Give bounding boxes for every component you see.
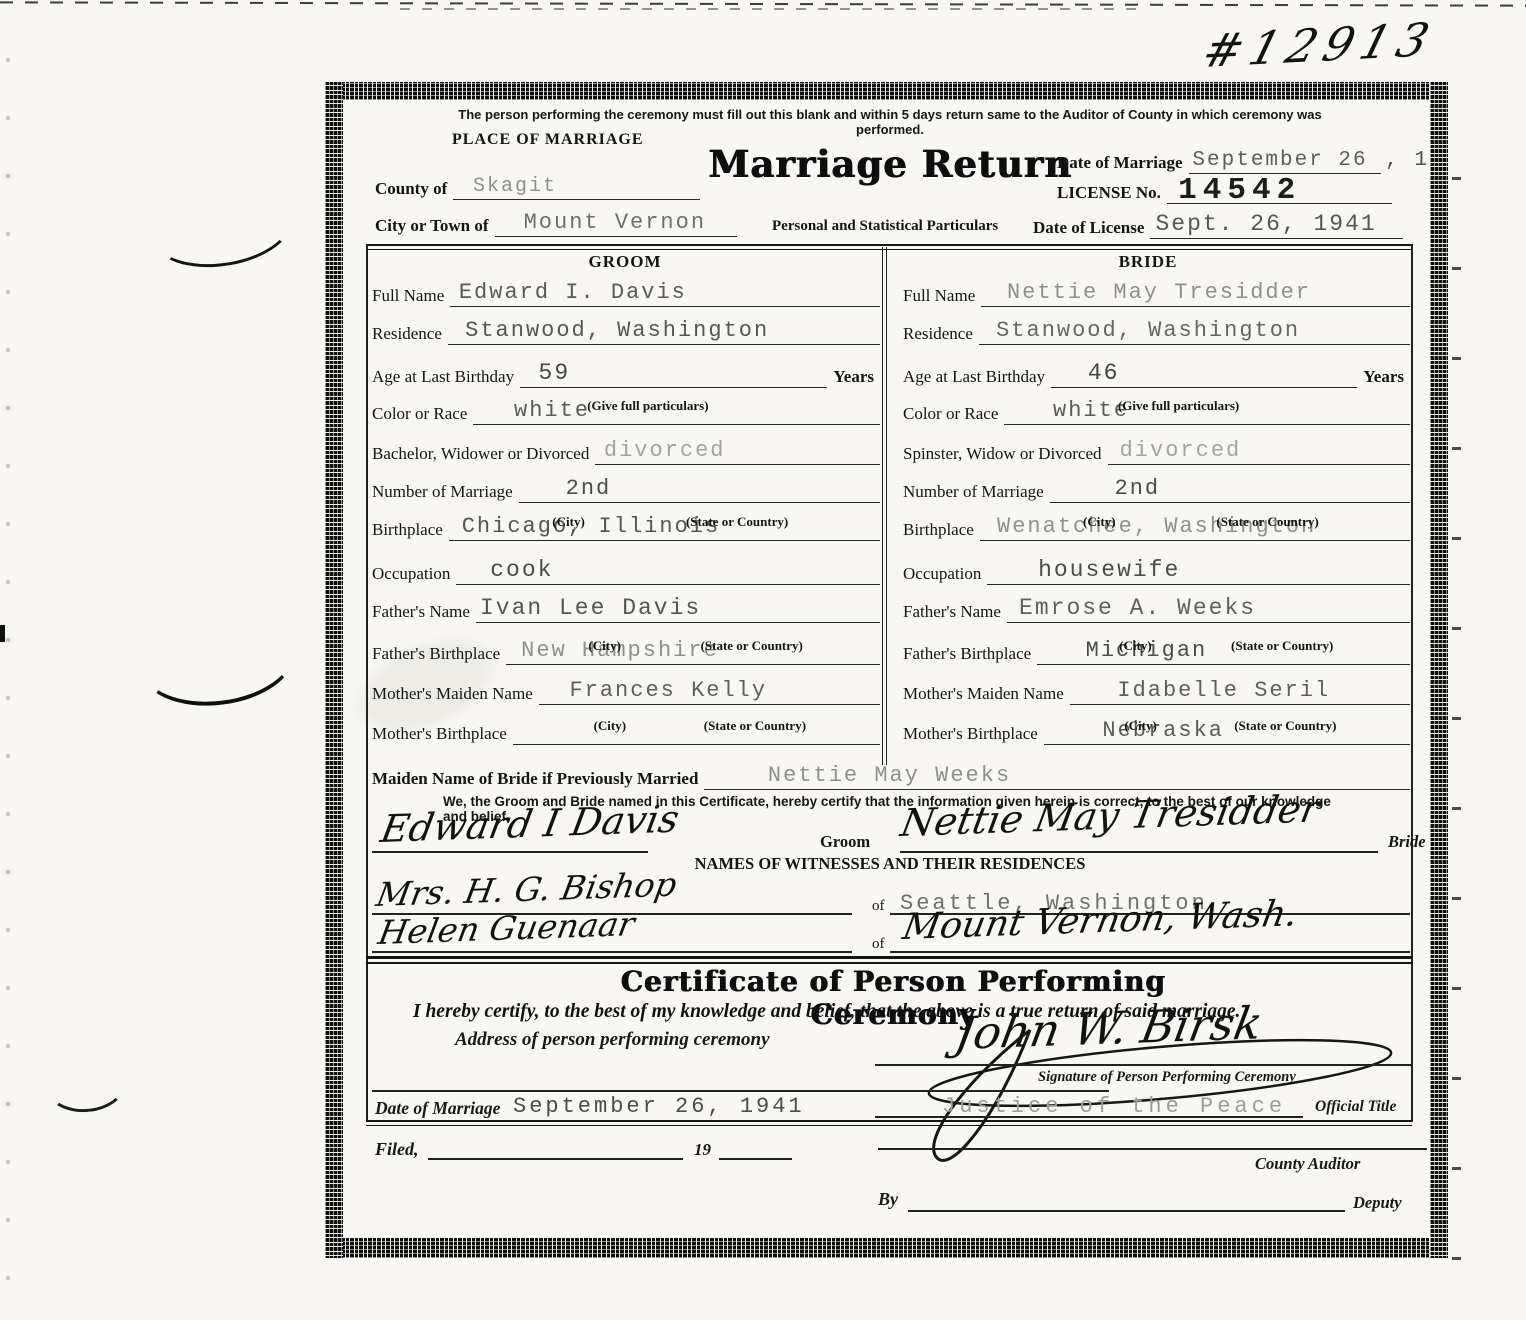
field-underline: white (Give full particulars) — [1004, 396, 1410, 425]
field-underline: 2nd — [519, 474, 880, 503]
field-underline: Nebraska (City) (State or Country) — [1044, 716, 1410, 745]
bride-status-field: Spinster, Widow or Divorced divorced — [903, 437, 1410, 465]
field-value: Edward I. Davis — [459, 282, 687, 304]
field-label: Number of Marriage — [903, 483, 1050, 503]
date-of-marriage-tail: , 1 — [1381, 149, 1429, 174]
groom-mother-birthplace-field: Mother's Birthplace (City) (State or Cou… — [372, 717, 880, 745]
county-auditor-label: County Auditor — [1255, 1154, 1360, 1174]
maiden-name-underline: Nettie May Weeks — [704, 761, 1410, 790]
field-underline: New Hampshire (City) (State or Country) — [506, 636, 880, 665]
field-underline: (City) (State or Country) — [513, 716, 880, 745]
scan-left-black-mark — [0, 625, 5, 642]
field-underline: cook — [456, 556, 880, 585]
license-field: LICENSE No. 14542 — [1057, 176, 1392, 204]
field-label: Birthplace — [903, 521, 980, 541]
filed-line — [428, 1158, 683, 1160]
field-value: Frances Kelly — [569, 680, 767, 702]
groom-father-birthplace-field: Father's Birthplace New Hampshire (City)… — [372, 637, 880, 665]
license-value: 14542 — [1178, 175, 1301, 206]
by-label: By — [878, 1189, 898, 1210]
groom-marriage-no-field: Number of Marriage 2nd — [372, 475, 880, 503]
county-value: Skagit — [473, 177, 557, 197]
filed-year-line — [719, 1158, 792, 1160]
bride-signature-label: Bride — [1388, 834, 1426, 851]
field-value: Emrose A. Weeks — [1019, 597, 1256, 620]
maiden-name-label: Maiden Name of Bride if Previously Marri… — [372, 770, 704, 790]
field-underline: Stanwood, Washington — [979, 316, 1410, 345]
city-label: City or Town of — [375, 217, 495, 237]
groom-header: GROOM — [366, 253, 884, 270]
bride-mother-field: Mother's Maiden Name Idabelle Seril — [903, 677, 1410, 705]
hole-punch-arc-1 — [145, 177, 299, 277]
bottom-date-value: September 26, 1941 — [513, 1094, 805, 1119]
bride-signature-line — [900, 851, 1378, 853]
field-label: Mother's Maiden Name — [372, 685, 539, 705]
field-underline: housewife — [987, 556, 1410, 585]
witness-1-of-label: of — [872, 899, 885, 914]
field-value: 59 — [539, 362, 571, 385]
date-of-license-label: Date of License — [1033, 219, 1150, 239]
state-note: (State or Country) — [686, 515, 788, 528]
field-underline: 2nd — [1050, 474, 1410, 503]
bride-occupation-field: Occupation housewife — [903, 557, 1410, 585]
particulars-label: Personal and Statistical Particulars — [772, 219, 998, 234]
field-underline: Michigan (City) (State or Country) — [1037, 636, 1410, 665]
field-underline: Emrose A. Weeks — [1007, 594, 1410, 623]
field-underline: divorced — [1108, 436, 1410, 465]
border-top — [325, 82, 1448, 100]
field-label: Full Name — [372, 287, 450, 307]
ceremony-section-rule — [366, 956, 1412, 964]
state-note: (State or Country) — [704, 719, 806, 732]
field-value: housewife — [1038, 559, 1180, 582]
groom-residence-field: Residence Stanwood, Washington — [372, 317, 880, 345]
field-value: Nettie May Tresidder — [1007, 282, 1311, 304]
bride-marriage-no-field: Number of Marriage 2nd — [903, 475, 1410, 503]
witness-2-name: Helen Guenaar — [376, 907, 637, 949]
groom-age-field: Age at Last Birthday 59 Years — [372, 360, 880, 388]
city-note: (City) — [1083, 515, 1116, 528]
field-label: Age at Last Birthday — [903, 368, 1051, 388]
official-title-line — [875, 1116, 1303, 1118]
field-underline: 46 — [1051, 359, 1357, 388]
bride-residence-field: Residence Stanwood, Washington — [903, 317, 1410, 345]
border-right — [1430, 82, 1448, 1258]
field-label: Full Name — [903, 287, 981, 307]
field-label: Number of Marriage — [372, 483, 519, 503]
field-label: Mother's Birthplace — [372, 725, 513, 745]
county-underline: Skagit — [453, 171, 700, 200]
city-note: (City) — [594, 719, 627, 732]
scan-left-edge-ticks — [6, 40, 10, 1280]
bride-header: BRIDE — [884, 253, 1412, 270]
field-label: Bachelor, Widower or Divorced — [372, 445, 595, 465]
field-label: Color or Race — [372, 405, 473, 425]
groom-father-field: Father's Name Ivan Lee Davis — [372, 595, 880, 623]
county-field: County of Skagit — [375, 172, 700, 200]
filed-year-prefix: 19 — [694, 1140, 711, 1160]
field-value: Idabelle Seril — [1117, 680, 1330, 702]
field-label: Mother's Birthplace — [903, 725, 1044, 745]
field-value: Stanwood, Washington — [465, 320, 769, 342]
full-particulars-note: (Give full particulars) — [587, 399, 708, 412]
border-bottom — [325, 1238, 1448, 1258]
county-auditor-line — [878, 1148, 1427, 1150]
bride-birthplace-field: Birthplace Wenatchee, Washington (City) … — [903, 513, 1410, 541]
field-value: Stanwood, Washington — [996, 320, 1300, 342]
city-field: City or Town of Mount Vernon — [375, 209, 737, 237]
years-suffix: Years — [827, 368, 880, 388]
field-label: Occupation — [903, 565, 987, 585]
state-note: (State or Country) — [701, 639, 803, 652]
bride-age-field: Age at Last Birthday 46 Years — [903, 360, 1410, 388]
witness-2-of-label: of — [872, 937, 885, 952]
license-label: LICENSE No. — [1057, 184, 1167, 204]
state-note: (State or Country) — [1216, 515, 1318, 528]
groom-signature-line — [372, 851, 648, 853]
official-title-label: Official Title — [1315, 1098, 1396, 1116]
field-value: Chicago, Illinois — [462, 516, 720, 538]
date-of-license-underline: Sept. 26, 1941 — [1150, 210, 1403, 239]
city-note: (City) — [552, 515, 585, 528]
scan-top-edge-squiggle — [0, 1, 1526, 6]
date-of-marriage-value: September 26 — [1192, 150, 1367, 171]
field-value: white — [514, 400, 590, 422]
full-particulars-note: (Give full particulars) — [1118, 399, 1239, 412]
field-value: 46 — [1088, 362, 1120, 385]
field-label: Residence — [903, 325, 979, 345]
city-note: (City) — [588, 639, 621, 652]
field-value: cook — [490, 559, 553, 582]
bride-mother-birthplace-field: Mother's Birthplace Nebraska (City) (Sta… — [903, 717, 1410, 745]
by-line — [908, 1210, 1345, 1212]
field-label: Age at Last Birthday — [372, 368, 520, 388]
groom-occupation-field: Occupation cook — [372, 557, 880, 585]
column-divider — [882, 247, 887, 765]
field-value: Ivan Lee Davis — [480, 597, 701, 620]
field-label: Father's Name — [372, 603, 476, 623]
field-label: Father's Name — [903, 603, 1007, 623]
groom-signature: Edward I Davis — [378, 800, 682, 848]
bride-full-name-field: Full Name Nettie May Tresidder — [903, 279, 1410, 307]
scanned-marriage-return-document: #12913 The person performing the ceremon… — [0, 0, 1526, 1320]
field-underline: Nettie May Tresidder — [981, 278, 1410, 307]
witness-2-name-line — [372, 951, 852, 953]
city-underline: Mount Vernon — [495, 208, 737, 237]
officiant-signature-line — [875, 1064, 1412, 1066]
field-value: divorced — [604, 440, 726, 462]
maiden-name-field: Maiden Name of Bride if Previously Marri… — [372, 762, 1410, 790]
field-label: Birthplace — [372, 521, 449, 541]
bride-father-birthplace-field: Father's Birthplace Michigan (City) (Sta… — [903, 637, 1410, 665]
date-of-marriage-label: Date of Marriage — [1057, 154, 1189, 174]
field-underline: white (Give full particulars) — [473, 396, 880, 425]
scan-right-edge-ticks — [1452, 110, 1461, 1260]
field-underline: Edward I. Davis — [450, 278, 880, 307]
state-note: (State or Country) — [1231, 639, 1333, 652]
county-label: County of — [375, 180, 453, 200]
date-of-license-field: Date of License Sept. 26, 1941 — [1033, 211, 1403, 239]
form-left-line — [366, 244, 368, 1122]
field-label: Mother's Maiden Name — [903, 685, 1070, 705]
groom-status-field: Bachelor, Widower or Divorced divorced — [372, 437, 880, 465]
filed-label: Filed, — [375, 1139, 419, 1160]
field-underline: 59 — [520, 359, 827, 388]
field-label: Father's Birthplace — [372, 645, 506, 665]
date-of-marriage-field: Date of Marriage September 26 , 1 — [1057, 146, 1429, 174]
field-label: Color or Race — [903, 405, 1004, 425]
form-right-line — [1411, 244, 1413, 1122]
state-note: (State or Country) — [1234, 719, 1336, 732]
bottom-double-rule — [366, 1120, 1412, 1126]
field-label: Father's Birthplace — [903, 645, 1037, 665]
ceremony-address-label: Address of person performing ceremony — [455, 1029, 770, 1051]
field-label: Spinster, Widow or Divorced — [903, 445, 1108, 465]
form-top-rule — [366, 244, 1412, 250]
field-underline: Stanwood, Washington — [448, 316, 880, 345]
groom-birthplace-field: Birthplace Chicago, Illinois (City) (Sta… — [372, 513, 880, 541]
field-value: 2nd — [1115, 478, 1161, 500]
groom-race-field: Color or Race white (Give full particula… — [372, 397, 880, 425]
scan-top-edge-squiggle-2 — [400, 8, 1140, 10]
field-underline: divorced — [595, 436, 880, 465]
handwritten-doc-number: #12913 — [1198, 16, 1441, 74]
field-underline: Frances Kelly — [539, 676, 880, 705]
date-of-license-value: Sept. 26, 1941 — [1155, 213, 1376, 236]
hole-punch-arc-2 — [133, 603, 301, 715]
field-underline: Wenatchee, Washington (City) (State or C… — [980, 512, 1410, 541]
bride-father-field: Father's Name Emrose A. Weeks — [903, 595, 1410, 623]
field-value: divorced — [1120, 440, 1242, 462]
field-label: Residence — [372, 325, 448, 345]
groom-full-name-field: Full Name Edward I. Davis — [372, 279, 880, 307]
maiden-name-value: Nettie May Weeks — [768, 765, 1011, 787]
groom-signature-label: Groom — [820, 834, 870, 851]
field-underline: Chicago, Illinois (City) (State or Count… — [449, 512, 880, 541]
officiant-signature-text: John W. Birsk — [952, 1000, 1266, 1056]
city-note: (City) — [1119, 639, 1152, 652]
bottom-date-label: Date of Marriage — [375, 1098, 500, 1119]
field-underline: Ivan Lee Davis — [476, 594, 880, 623]
license-underline: 14542 — [1167, 175, 1392, 204]
groom-mother-field: Mother's Maiden Name Frances Kelly — [372, 677, 880, 705]
border-left — [325, 82, 343, 1258]
place-of-marriage-label: PLACE OF MARRIAGE — [452, 132, 644, 148]
field-label: Occupation — [372, 565, 456, 585]
witness-2-residence-line — [890, 951, 1410, 953]
years-suffix: Years — [1357, 368, 1410, 388]
field-underline: Idabelle Seril — [1070, 676, 1410, 705]
date-row-top-line — [372, 1090, 1109, 1092]
city-value: Mount Vernon — [524, 212, 706, 234]
field-value: 2nd — [566, 478, 612, 500]
bride-race-field: Color or Race white (Give full particula… — [903, 397, 1410, 425]
city-note: (City) — [1124, 719, 1157, 732]
deputy-label: Deputy — [1353, 1193, 1402, 1213]
officiant-signature-label: Signature of Person Performing Ceremony — [1038, 1069, 1296, 1086]
hole-punch-arc-3 — [44, 1055, 128, 1116]
date-of-marriage-underline: September 26 — [1189, 145, 1382, 174]
field-value: Nebraska — [1102, 720, 1224, 742]
